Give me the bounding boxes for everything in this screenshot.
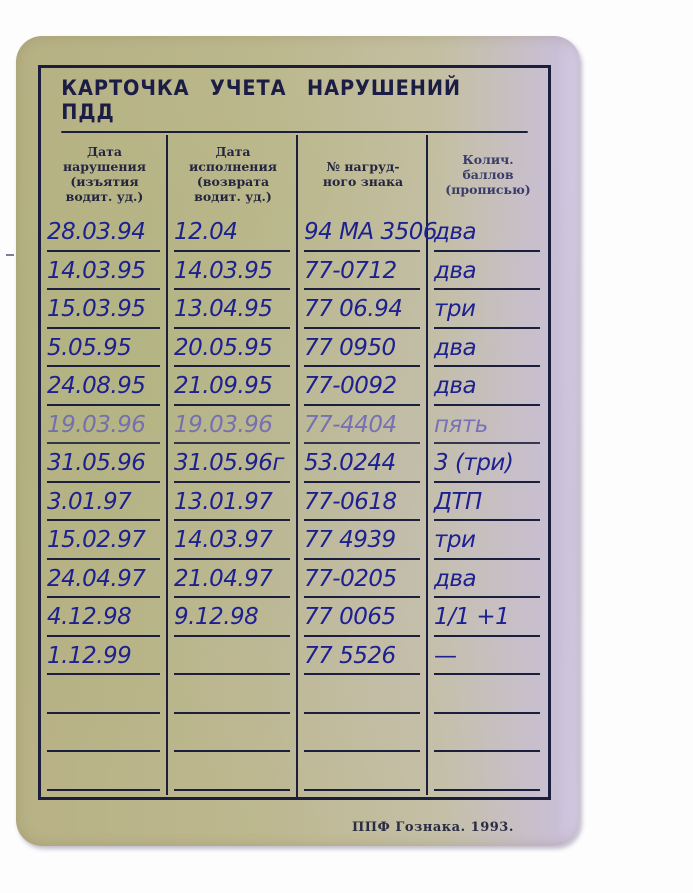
row-rule-line <box>304 442 420 444</box>
table-row <box>41 677 548 716</box>
violation-date-cell: 19.03.96 <box>41 408 168 447</box>
row-rule-line <box>434 596 540 598</box>
violation-date-cell: 14.03.95 <box>41 254 168 293</box>
violation-date-cell: 24.08.95 <box>41 369 168 408</box>
row-rule-line <box>174 442 290 444</box>
row-rule-line <box>47 365 160 367</box>
handwritten-entry: 14.03.97 <box>174 527 272 553</box>
points-cell: три <box>428 292 548 331</box>
row-rule-line <box>304 365 420 367</box>
execution-date-cell <box>168 639 298 678</box>
handwritten-entry: 77-4404 <box>304 412 397 438</box>
row-rule-line <box>47 481 160 483</box>
row-rule-line <box>434 481 540 483</box>
row-rule-line <box>47 327 160 329</box>
table-row <box>41 754 548 793</box>
badge-number-cell: 77 4939 <box>298 523 428 562</box>
table-frame: КАРТОЧКА УЧЕТА НАРУШЕНИЙ ПДД Дата наруше… <box>38 65 551 800</box>
badge-number-cell <box>298 716 428 755</box>
points-cell: два <box>428 254 548 293</box>
badge-number-cell: 77 0950 <box>298 331 428 370</box>
points-cell <box>428 716 548 755</box>
execution-date-cell: 31.05.96г <box>168 446 298 485</box>
handwritten-entry: 77-0618 <box>304 489 397 515</box>
row-rule-line <box>47 519 160 521</box>
card-title: КАРТОЧКА УЧЕТА НАРУШЕНИЙ ПДД <box>61 68 527 133</box>
handwritten-entry: три <box>434 527 475 553</box>
table-row: 5.05.9520.05.9577 0950два <box>41 331 548 370</box>
row-rule-line <box>304 288 420 290</box>
row-rule-line <box>174 789 290 791</box>
header-points: Колич. баллов (прописью) <box>428 131 548 215</box>
row-rule-line <box>304 327 420 329</box>
points-cell: два <box>428 331 548 370</box>
row-rule-line <box>174 404 290 406</box>
row-rule-line <box>47 442 160 444</box>
execution-date-cell: 13.04.95 <box>168 292 298 331</box>
violation-date-cell <box>41 677 168 716</box>
printer-imprint: ППФ Гознака. 1993. <box>352 820 514 835</box>
handwritten-entry: два <box>434 373 476 399</box>
execution-date-cell: 14.03.95 <box>168 254 298 293</box>
table-row: 31.05.9631.05.96г53.02443 (три) <box>41 446 548 485</box>
points-cell <box>428 677 548 716</box>
handwritten-entry: 77 0950 <box>304 335 396 361</box>
violation-date-cell: 15.02.97 <box>41 523 168 562</box>
row-rule-line <box>304 673 420 675</box>
row-rule-line <box>434 404 540 406</box>
points-cell: два <box>428 369 548 408</box>
row-rule-line <box>174 712 290 714</box>
row-rule-line <box>174 596 290 598</box>
points-cell: три <box>428 523 548 562</box>
table-row: 15.02.9714.03.9777 4939три <box>41 523 548 562</box>
row-rule-line <box>174 750 290 752</box>
handwritten-entry: 77 4939 <box>304 527 396 553</box>
margin-mark <box>6 254 14 256</box>
row-rule-line <box>434 558 540 560</box>
handwritten-entry: 12.04 <box>174 219 237 245</box>
row-rule-line <box>434 288 540 290</box>
handwritten-entry: — <box>434 643 457 669</box>
execution-date-cell: 21.04.97 <box>168 562 298 601</box>
row-rule-line <box>304 404 420 406</box>
row-rule-line <box>304 789 420 791</box>
row-rule-line <box>47 250 160 252</box>
handwritten-entry: 24.04.97 <box>47 566 145 592</box>
header-execution-date: Дата исполнения (возврата водит. уд.) <box>168 131 298 215</box>
row-rule-line <box>304 596 420 598</box>
row-rule-line <box>434 327 540 329</box>
violation-date-cell <box>41 716 168 755</box>
row-rule-line <box>174 327 290 329</box>
table-body: 28.03.9412.0494 МА 3506два14.03.9514.03.… <box>41 215 548 793</box>
row-rule-line <box>304 519 420 521</box>
row-rule-line <box>434 635 540 637</box>
execution-date-cell <box>168 754 298 793</box>
handwritten-entry: ДТП <box>434 489 482 515</box>
handwritten-entry: 19.03.96 <box>47 412 145 438</box>
handwritten-entry: 77-0712 <box>304 258 397 284</box>
row-rule-line <box>434 250 540 252</box>
points-cell: — <box>428 639 548 678</box>
execution-date-cell: 9.12.98 <box>168 600 298 639</box>
execution-date-cell: 14.03.97 <box>168 523 298 562</box>
handwritten-entry: два <box>434 219 476 245</box>
row-rule-line <box>174 288 290 290</box>
violation-date-cell: 4.12.98 <box>41 600 168 639</box>
row-rule-line <box>434 750 540 752</box>
handwritten-entry: 31.05.96г <box>174 450 284 476</box>
header-violation-date: Дата нарушения (изъятия водит. уд.) <box>41 131 168 215</box>
row-rule-line <box>47 288 160 290</box>
row-rule-line <box>434 365 540 367</box>
table-row: 24.08.9521.09.9577-0092два <box>41 369 548 408</box>
badge-number-cell: 77 06.94 <box>298 292 428 331</box>
handwritten-entry: 15.03.95 <box>47 296 145 322</box>
row-rule-line <box>304 635 420 637</box>
row-rule-line <box>304 750 420 752</box>
handwritten-entry: два <box>434 335 476 361</box>
handwritten-entry: 77 5526 <box>304 643 396 669</box>
badge-number-cell: 77-0205 <box>298 562 428 601</box>
badge-number-cell: 77 0065 <box>298 600 428 639</box>
row-rule-line <box>434 442 540 444</box>
handwritten-entry: два <box>434 258 476 284</box>
badge-number-cell <box>298 754 428 793</box>
table-row: 28.03.9412.0494 МА 3506два <box>41 215 548 254</box>
row-rule-line <box>174 519 290 521</box>
handwritten-entry: 13.04.95 <box>174 296 272 322</box>
row-rule-line <box>47 673 160 675</box>
execution-date-cell: 19.03.96 <box>168 408 298 447</box>
handwritten-entry: пять <box>434 412 488 438</box>
handwritten-entry: 77 0065 <box>304 604 396 630</box>
table-row <box>41 716 548 755</box>
handwritten-entry: 3.01.97 <box>47 489 131 515</box>
handwritten-entry: 77 06.94 <box>304 296 402 322</box>
row-rule-line <box>304 558 420 560</box>
table-row: 24.04.9721.04.9777-0205два <box>41 562 548 601</box>
row-rule-line <box>47 635 160 637</box>
badge-number-cell <box>298 677 428 716</box>
violation-record-card: КАРТОЧКА УЧЕТА НАРУШЕНИЙ ПДД Дата наруше… <box>16 36 580 846</box>
points-cell: два <box>428 562 548 601</box>
row-rule-line <box>304 481 420 483</box>
handwritten-entry: три <box>434 296 475 322</box>
points-cell: пять <box>428 408 548 447</box>
points-cell: 3 (три) <box>428 446 548 485</box>
points-cell: два <box>428 215 548 254</box>
table-row: 14.03.9514.03.9577-0712два <box>41 254 548 293</box>
row-rule-line <box>47 404 160 406</box>
handwritten-entry: 77-0092 <box>304 373 397 399</box>
handwritten-entry: 1/1 +1 <box>434 604 509 630</box>
execution-date-cell: 12.04 <box>168 215 298 254</box>
points-cell: ДТП <box>428 485 548 524</box>
row-rule-line <box>434 673 540 675</box>
row-rule-line <box>47 558 160 560</box>
table-row: 19.03.9619.03.9677-4404пять <box>41 408 548 447</box>
badge-number-cell: 77-0618 <box>298 485 428 524</box>
handwritten-entry: 4.12.98 <box>47 604 131 630</box>
row-rule-line <box>174 365 290 367</box>
points-cell <box>428 754 548 793</box>
handwritten-entry: 20.05.95 <box>174 335 272 361</box>
violation-date-cell: 28.03.94 <box>41 215 168 254</box>
row-rule-line <box>434 712 540 714</box>
table-row: 1.12.9977 5526— <box>41 639 548 678</box>
execution-date-cell: 20.05.95 <box>168 331 298 370</box>
header-badge-number: № нагруд- ного знака <box>298 131 428 215</box>
row-rule-line <box>434 519 540 521</box>
row-rule-line <box>47 750 160 752</box>
execution-date-cell <box>168 716 298 755</box>
handwritten-entry: 21.04.97 <box>174 566 272 592</box>
handwritten-entry: 24.08.95 <box>47 373 145 399</box>
row-rule-line <box>174 635 290 637</box>
handwritten-entry: 9.12.98 <box>174 604 258 630</box>
row-rule-line <box>174 250 290 252</box>
table-row: 4.12.989.12.9877 00651/1 +1 <box>41 600 548 639</box>
handwritten-entry: 15.02.97 <box>47 527 145 553</box>
badge-number-cell: 77 5526 <box>298 639 428 678</box>
violation-date-cell: 3.01.97 <box>41 485 168 524</box>
handwritten-entry: 94 МА 3506 <box>304 219 437 245</box>
handwritten-entry: 28.03.94 <box>47 219 145 245</box>
badge-number-cell: 94 МА 3506 <box>298 215 428 254</box>
violation-date-cell: 15.03.95 <box>41 292 168 331</box>
handwritten-entry: 21.09.95 <box>174 373 272 399</box>
handwritten-entry: 14.03.95 <box>174 258 272 284</box>
row-rule-line <box>174 558 290 560</box>
row-rule-line <box>174 673 290 675</box>
execution-date-cell <box>168 677 298 716</box>
badge-number-cell: 77-4404 <box>298 408 428 447</box>
handwritten-entry: 14.03.95 <box>47 258 145 284</box>
row-rule-line <box>174 481 290 483</box>
handwritten-entry: 77-0205 <box>304 566 397 592</box>
row-rule-line <box>47 596 160 598</box>
badge-number-cell: 77-0092 <box>298 369 428 408</box>
violation-date-cell: 24.04.97 <box>41 562 168 601</box>
handwritten-entry: 13.01.97 <box>174 489 272 515</box>
handwritten-entry: 3 (три) <box>434 450 513 476</box>
handwritten-entry: 1.12.99 <box>47 643 131 669</box>
handwritten-entry: 53.0244 <box>304 450 396 476</box>
violation-date-cell: 31.05.96 <box>41 446 168 485</box>
execution-date-cell: 21.09.95 <box>168 369 298 408</box>
violation-date-cell <box>41 754 168 793</box>
violation-date-cell: 1.12.99 <box>41 639 168 678</box>
badge-number-cell: 53.0244 <box>298 446 428 485</box>
row-rule-line <box>47 712 160 714</box>
row-rule-line <box>304 250 420 252</box>
violation-date-cell: 5.05.95 <box>41 331 168 370</box>
handwritten-entry: 19.03.96 <box>174 412 272 438</box>
handwritten-entry: два <box>434 566 476 592</box>
points-cell: 1/1 +1 <box>428 600 548 639</box>
handwritten-entry: 5.05.95 <box>47 335 131 361</box>
row-rule-line <box>434 789 540 791</box>
table-row: 15.03.9513.04.9577 06.94три <box>41 292 548 331</box>
handwritten-entry: 31.05.96 <box>47 450 145 476</box>
badge-number-cell: 77-0712 <box>298 254 428 293</box>
row-rule-line <box>47 789 160 791</box>
table-row: 3.01.9713.01.9777-0618ДТП <box>41 485 548 524</box>
row-rule-line <box>304 712 420 714</box>
table-header: Дата нарушения (изъятия водит. уд.) Дата… <box>41 131 548 215</box>
execution-date-cell: 13.01.97 <box>168 485 298 524</box>
